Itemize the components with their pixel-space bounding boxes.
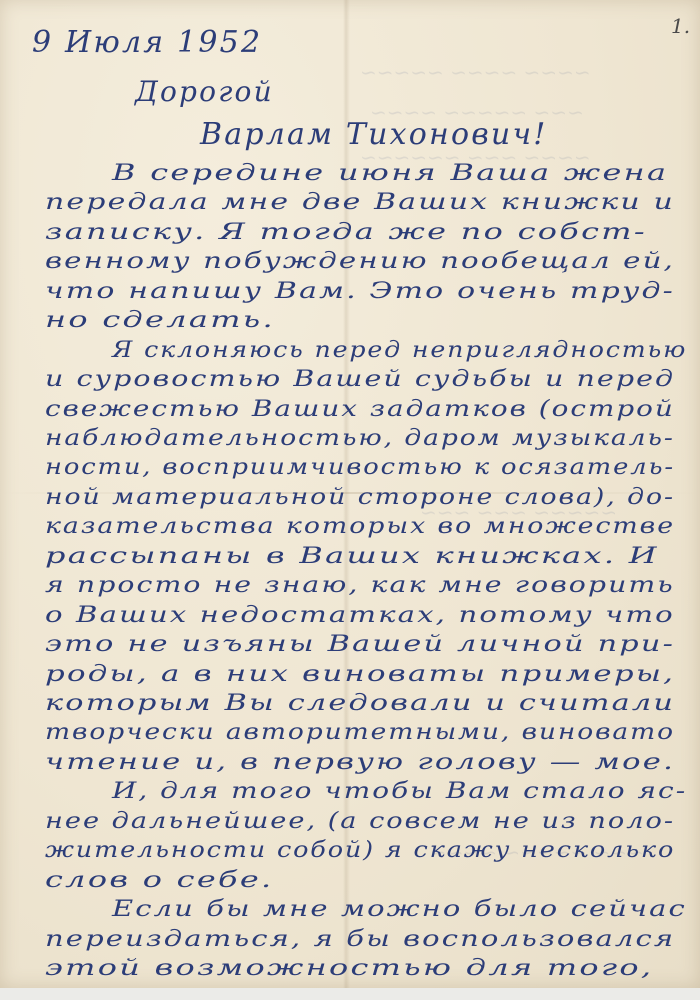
letter-line: чтение и, в первую голову — мое. <box>45 752 675 774</box>
letter-line: переиздаться, я бы воспользовался <box>45 929 675 951</box>
letter-line: этой возможностью для того, <box>45 958 653 980</box>
letter-line: я просто не знаю, как мне говорить <box>45 575 675 597</box>
letter-line: это не изъяны Вашей личной при- <box>45 634 675 656</box>
letter-line: слов о себе. <box>45 870 274 892</box>
letter-line: ной материальной стороне слова), до- <box>45 487 675 509</box>
letter-line: свежестью Ваших задатков (острой <box>45 399 675 421</box>
letter-line: венному побуждению пообещал ей, <box>45 251 675 273</box>
letter-line: записку. Я тогда же по собст- <box>45 222 647 244</box>
scan-margin <box>0 988 700 1000</box>
letter-line: творчески авторитетными, виновато <box>45 722 675 744</box>
page-number: 1. <box>671 14 690 38</box>
letter-page: ~~~~ ~~~~ ~~~~~ ~~~ ~~~~~ ~~~~ ~~~~ ~~~ … <box>0 0 700 988</box>
letter-line: И, для того чтобы Вам стало яс- <box>112 781 687 803</box>
salutation-name: Варлам Тихонович! <box>200 120 548 150</box>
letter-line: В середине июня Ваша жена <box>112 163 668 185</box>
letter-line: что напишу Вам. Это очень труд- <box>45 281 675 303</box>
letter-line: которым Вы следовали и считали <box>45 693 675 715</box>
letter-line: и суровостью Вашей судьбы и перед <box>45 369 675 391</box>
letter-line: жительности собой) я скажу несколько <box>45 840 675 862</box>
letter-line: роды, а в них виноваты примеры, <box>45 664 675 686</box>
letter-line: Я склоняюсь перед неприглядностью <box>112 340 687 362</box>
letter-line: о Ваших недостатках, потому что <box>45 605 675 627</box>
salutation-dear: Дорогой <box>135 78 274 106</box>
letter-line: ности, восприимчивостью к осязатель- <box>45 457 675 479</box>
letter-line: рассыпаны в Ваших книжках. И <box>45 546 659 568</box>
letter-line: нее дальнейшее, (а совсем не из поло- <box>45 811 675 833</box>
letter-line: наблюдательностью, даром музыкаль- <box>45 428 675 450</box>
letter-line: Если бы мне можно было сейчас <box>112 899 687 921</box>
letter-date: 9 Июля 1952 <box>32 28 262 58</box>
letter-line: казательства которых во множестве <box>45 516 675 538</box>
reverse-bleed-through: ~~~~ ~~~~ ~~~~~ <box>360 60 591 84</box>
letter-line: передала мне две Ваших книжки и <box>45 192 675 214</box>
letter-line: но сделать. <box>45 310 275 332</box>
